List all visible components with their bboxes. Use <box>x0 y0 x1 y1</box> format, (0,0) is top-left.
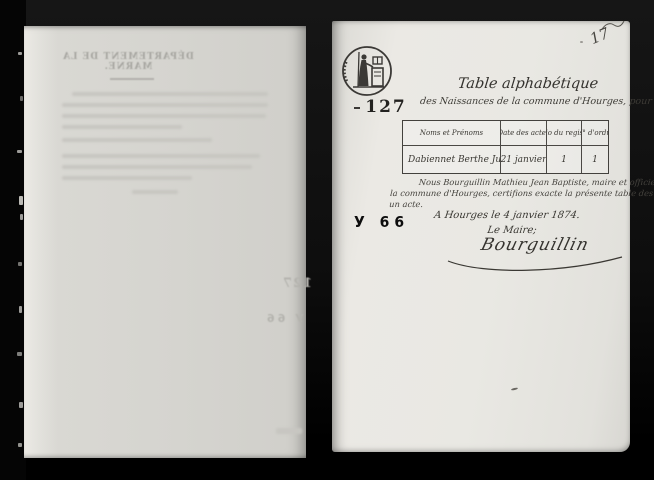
bleedthrough-text-line <box>62 114 266 118</box>
certification-line: la commune d'Hourges, certifions exacte … <box>390 188 631 199</box>
ink-flourish <box>600 19 626 33</box>
right-page: 17 127 Table alphabétique des Naissances… <box>332 21 630 452</box>
bleedthrough-text-line <box>62 138 212 142</box>
paper-speck <box>19 306 22 313</box>
left-page: DÉPARTEMENT DE LA MARNE. 127 У 66 <box>24 26 306 458</box>
bleedthrough-stamp: У 66 <box>264 312 304 325</box>
bleedthrough-text-line <box>62 103 268 107</box>
table-cell-folio: 1 <box>546 146 581 173</box>
revenue-stamp-icon <box>341 45 393 97</box>
page-title: Table alphabétique <box>427 76 629 92</box>
book-edge <box>0 0 26 480</box>
page-subtitle: des Naissances de la commune d'Hourges, … <box>419 96 632 107</box>
scanned-register-spread: DÉPARTEMENT DE LA MARNE. 127 У 66 17 <box>0 0 654 480</box>
paper-speck <box>17 352 22 356</box>
paper-speck <box>19 196 23 205</box>
certification-line: un acte. <box>389 199 630 210</box>
paper-speck <box>18 443 22 447</box>
table-cell-name: Dabiennet Berthe Julia <box>403 146 500 173</box>
bleedthrough-rule <box>110 78 154 80</box>
column-header: N° d'ordre <box>581 121 608 146</box>
signature-flourish <box>444 253 630 275</box>
bleedthrough-number: 127 <box>282 276 312 291</box>
ink-speck <box>511 387 518 391</box>
paper-speck <box>19 402 23 408</box>
paper-speck <box>17 150 22 153</box>
table-cell-order: 1 <box>581 146 608 173</box>
ink-speck <box>580 41 583 43</box>
column-header: Folio du registre <box>546 121 581 146</box>
bleedthrough-heading: DÉPARTEMENT DE LA MARNE. <box>62 52 194 72</box>
bleedthrough-text-line <box>132 190 178 194</box>
certification-line: Nous Bourguillin Mathieu Jean Baptiste, … <box>390 177 631 188</box>
paper-speck <box>20 96 23 101</box>
births-table: Noms et Prénoms Date des actes Folio du … <box>402 120 609 174</box>
paper-speck <box>20 214 23 220</box>
archive-number-stamp: У 66 <box>354 215 409 232</box>
paper-speck <box>18 52 22 55</box>
column-header: Date des actes <box>500 121 546 146</box>
table-cell-date: 21 janvier <box>500 146 546 173</box>
mayor-signature: Bourguillin <box>448 235 623 255</box>
column-header: Noms et Prénoms <box>403 121 500 146</box>
bleedthrough-text-line <box>62 176 192 180</box>
dateline: A Hourges le 4 janvier 1874. <box>431 210 583 221</box>
bleedthrough-text-line <box>72 92 268 96</box>
paper-speck <box>18 262 22 266</box>
bleedthrough-text-line <box>62 165 252 169</box>
bleedthrough-text-line <box>62 125 182 129</box>
printed-number: 127 <box>365 97 407 117</box>
certification-paragraph: Nous Bourguillin Mathieu Jean Baptiste, … <box>389 177 631 210</box>
printed-dash <box>354 107 360 109</box>
bleedthrough-mark <box>276 428 302 434</box>
bleedthrough-text-line <box>62 154 260 158</box>
